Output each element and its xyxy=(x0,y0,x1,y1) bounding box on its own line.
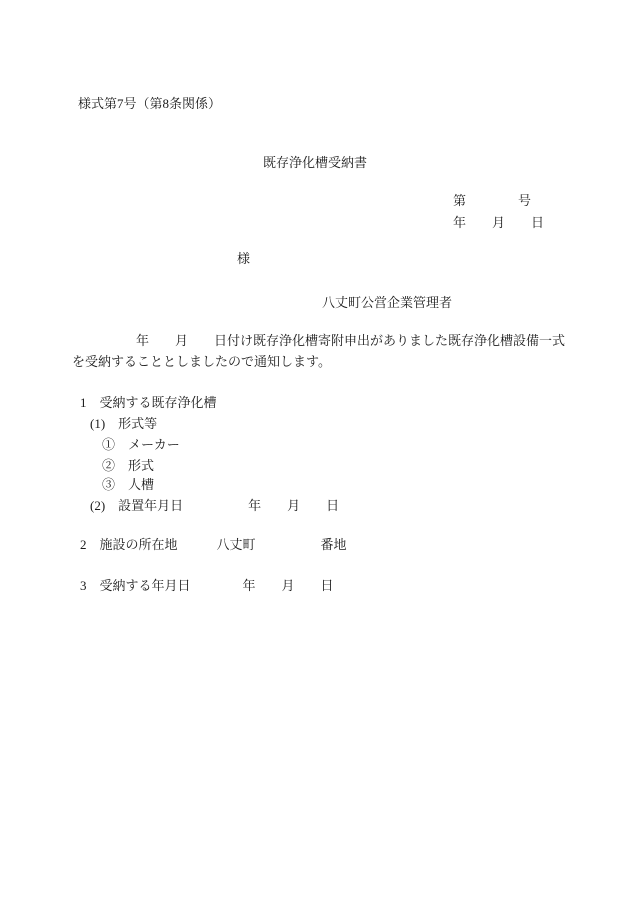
addressee-honorific: 様 xyxy=(237,252,250,266)
section-3-acceptance-date: 3 受納する年月日 年 月 日 xyxy=(80,579,334,593)
document-title: 既存浄化槽受納書 xyxy=(0,156,630,170)
body-paragraph-line1: 年 月 日付け既存浄化槽寄附申出がありました既存浄化槽設備一式 xyxy=(136,334,565,348)
item-1-2-installation-date: (2) 設置年月日 年 月 日 xyxy=(90,499,339,513)
document-date-line: 年 月 日 xyxy=(453,216,544,230)
document-number-line: 第 号 xyxy=(453,194,531,208)
section-2-facility-location: 2 施設の所在地 八丈町 番地 xyxy=(80,538,347,552)
item-1-1-sub-2-model: ② 形式 xyxy=(102,459,154,473)
form-number-label: 様式第7号（第8条関係） xyxy=(78,97,221,111)
document-page: 様式第7号（第8条関係） 既存浄化槽受納書 第 号 年 月 日 様 八丈町公営企… xyxy=(0,0,630,903)
item-1-1-sub-1-maker: ① メーカー xyxy=(102,438,180,452)
issuer-name: 八丈町公営企業管理者 xyxy=(322,296,452,310)
item-1-1-sub-3-capacity: ③ 人槽 xyxy=(102,478,154,492)
section-1-heading: 1 受納する既存浄化槽 xyxy=(80,396,217,410)
body-paragraph-line2: を受納することとしましたので通知します。 xyxy=(72,355,331,369)
item-1-1-heading: (1) 形式等 xyxy=(90,417,157,431)
